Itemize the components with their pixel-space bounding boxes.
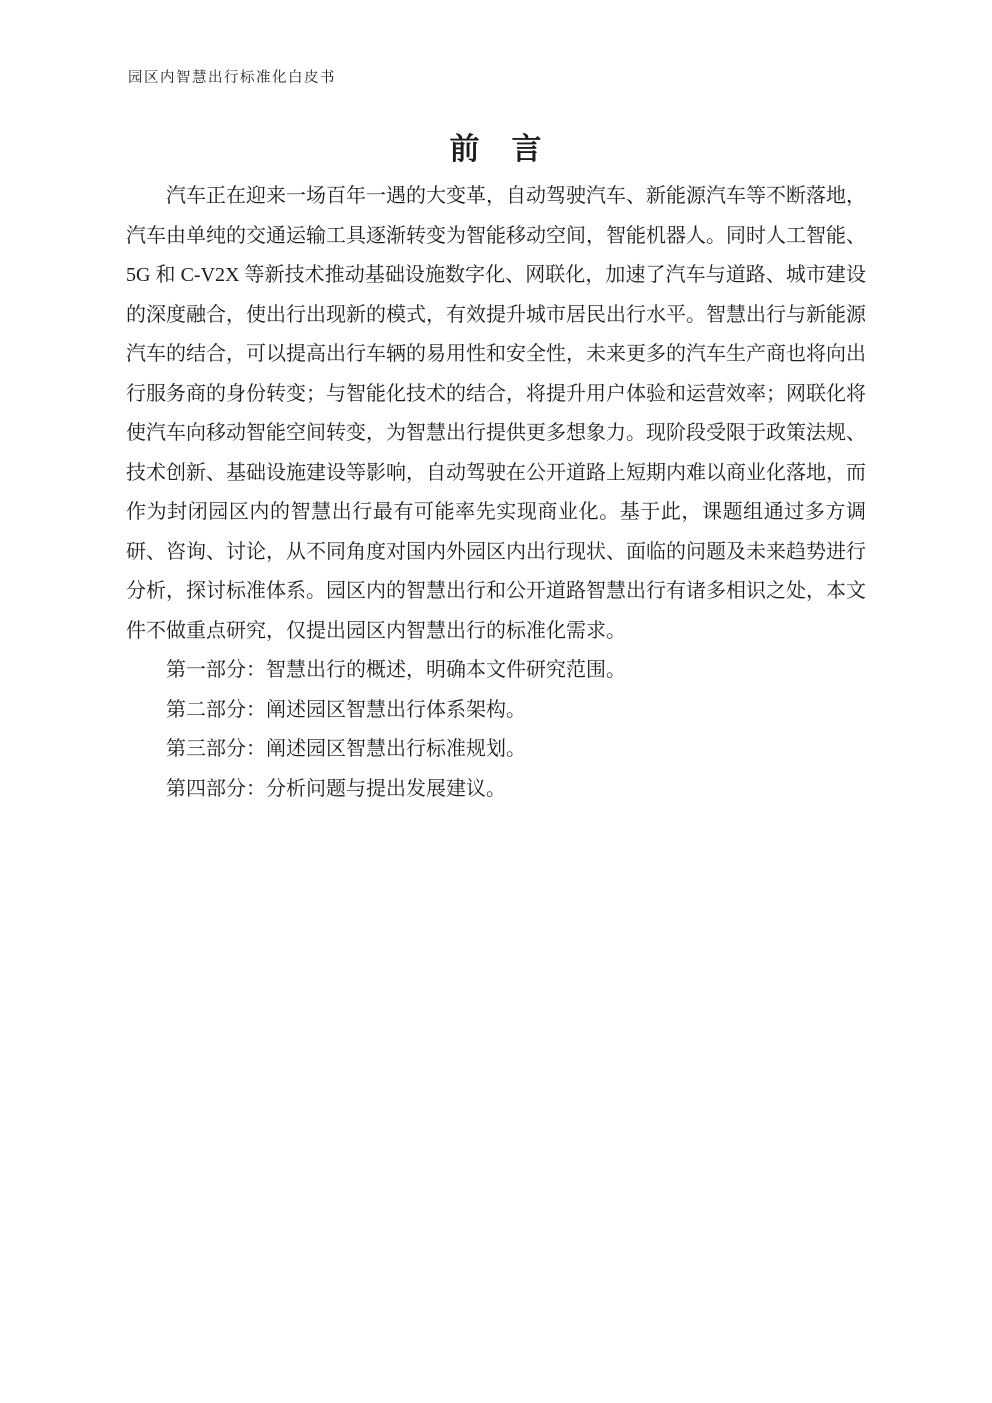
running-header: 园区内智慧出行标准化白皮书 (128, 66, 336, 87)
foreword-paragraph: 汽车正在迎来一场百年一遇的大变革，自动驾驶汽车、新能源汽车等不断落地，汽车由单纯… (126, 177, 866, 651)
parts-list: 第一部分：智慧出行的概述，明确本文件研究范围。 第二部分：阐述园区智慧出行体系架… (126, 651, 866, 809)
part-list-item-4: 第四部分：分析问题与提出发展建议。 (126, 770, 866, 810)
part-list-item-3: 第三部分：阐述园区智慧出行标准规划。 (126, 730, 866, 770)
page-title: 前 言 (0, 124, 992, 168)
document-page: 园区内智慧出行标准化白皮书 前 言 汽车正在迎来一场百年一遇的大变革，自动驾驶汽… (0, 0, 992, 1403)
part-list-item-2: 第二部分：阐述园区智慧出行体系架构。 (126, 691, 866, 731)
part-list-item-1: 第一部分：智慧出行的概述，明确本文件研究范围。 (126, 651, 866, 691)
document-body: 汽车正在迎来一场百年一遇的大变革，自动驾驶汽车、新能源汽车等不断落地，汽车由单纯… (126, 177, 866, 809)
